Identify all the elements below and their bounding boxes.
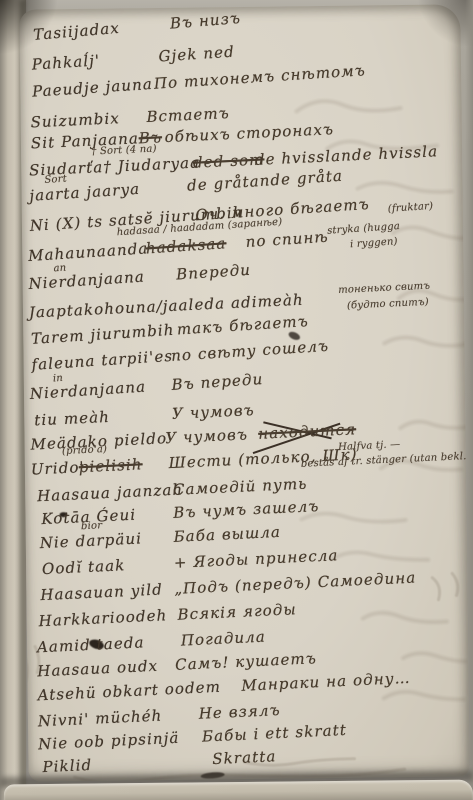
word-text: Aamid taeda xyxy=(37,633,145,656)
gloss-text-struck: находится xyxy=(258,420,357,443)
word-text: Piklid xyxy=(42,756,93,776)
margin-note: Halfva tj. — xyxy=(338,439,401,453)
manuscript-photo: TasiijadaxВъ низъPahkaĺj'Gjek nedPaeudje… xyxy=(0,0,473,800)
gloss-text: Встаетъ xyxy=(146,104,230,126)
gloss-text: Баба вышла xyxy=(173,523,281,546)
word-text: Nie darpäui xyxy=(39,529,142,552)
page-block-edge xyxy=(465,0,473,800)
word-text: Oodĭ taak xyxy=(42,556,126,578)
gloss-text: Не взялъ xyxy=(198,701,281,723)
superscript-annotation: bior xyxy=(81,520,103,532)
superscript-annotation: (prido'a) xyxy=(62,444,108,457)
superscript-annotation: in xyxy=(53,373,64,385)
word-text-struck: hadaksaa xyxy=(145,234,227,257)
gloss-text: У чумовъ xyxy=(165,425,248,447)
photo-corner-shadow xyxy=(0,0,62,55)
superscript-annotation: Sort xyxy=(44,173,67,185)
gloss-text: Погадила xyxy=(180,628,266,650)
gloss-text: Gjek ned xyxy=(158,43,235,66)
gloss-text: по спинѣ xyxy=(245,228,329,251)
word-text-struck: pielisih xyxy=(78,455,143,476)
gloss-text: У чумовъ xyxy=(172,401,255,423)
page-content-layer: TasiijadaxВъ низъPahkaĺj'Gjek nedPaeudje… xyxy=(19,4,469,781)
gloss-text: Впереди xyxy=(176,261,252,284)
notebook-page: TasiijadaxВъ низъPahkaĺj'Gjek nedPaeudje… xyxy=(19,4,469,781)
gloss-text: Skratta xyxy=(212,747,277,768)
superscript-annotation: an xyxy=(53,263,66,275)
word-text: tiu meàh xyxy=(34,408,111,430)
word-text: Urido' xyxy=(30,458,85,479)
word-text: Suizumbix xyxy=(30,109,120,131)
